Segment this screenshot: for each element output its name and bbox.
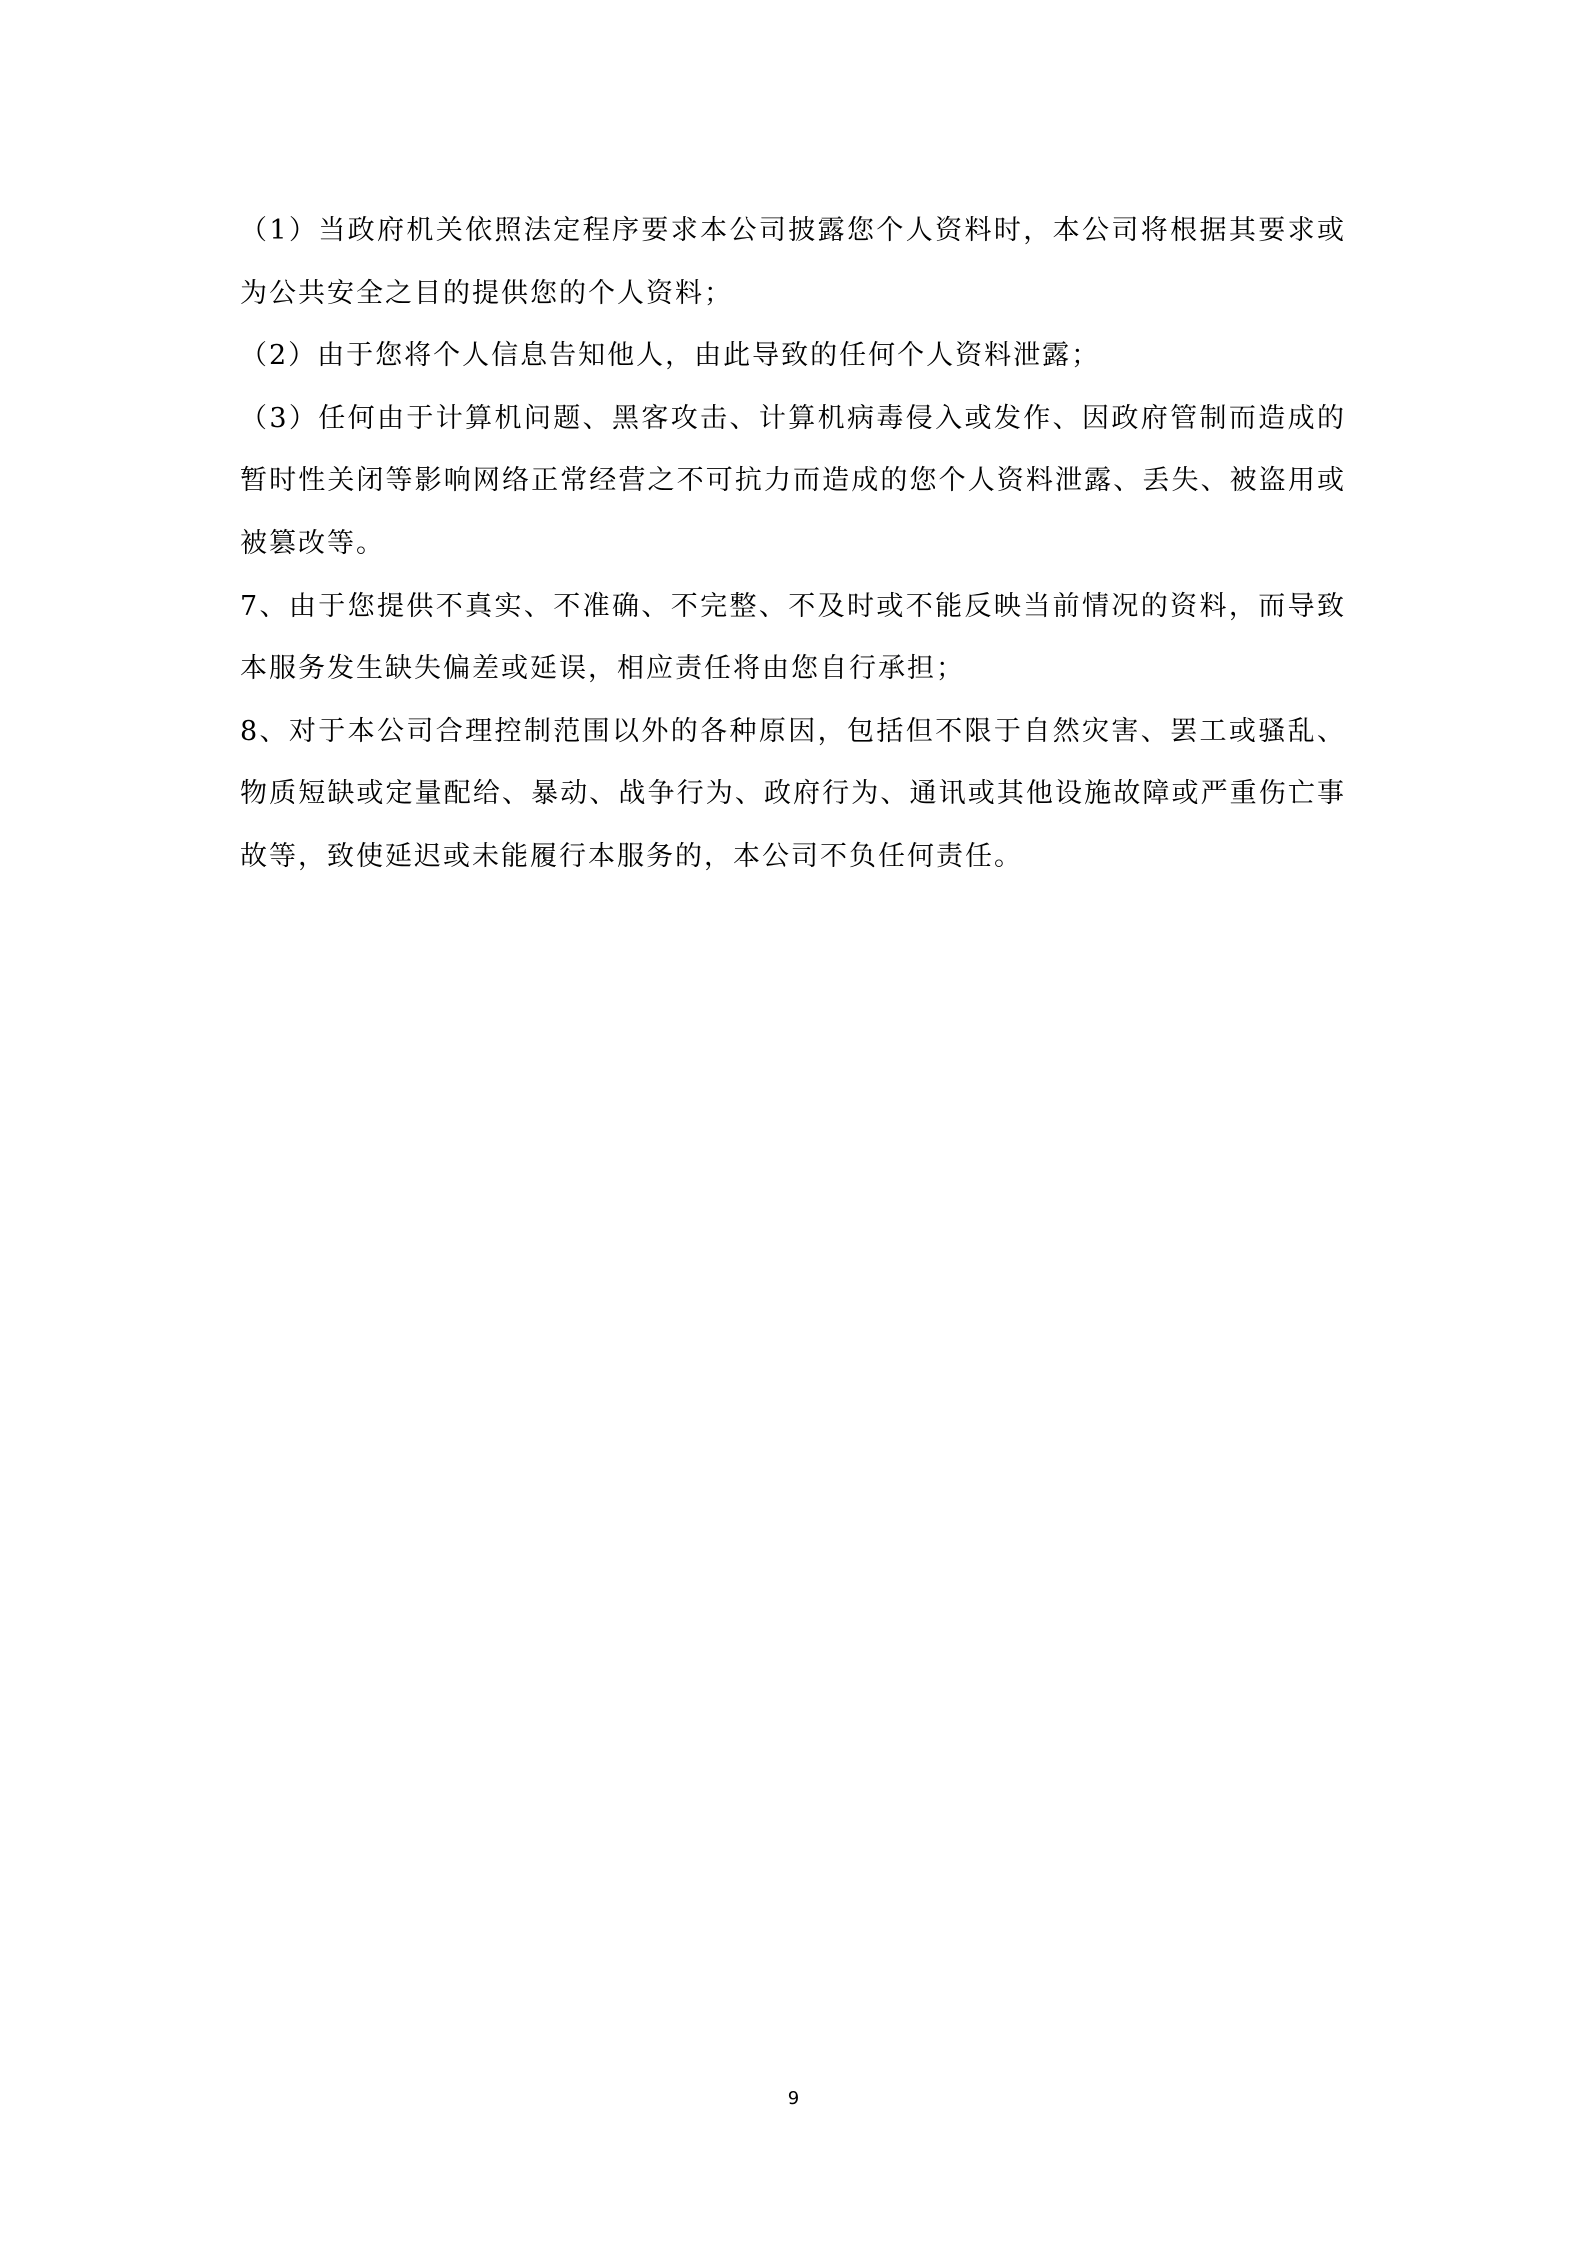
document-body: （1）当政府机关依照法定程序要求本公司披露您个人资料时，本公司将根据其要求或为公…	[240, 200, 1346, 889]
page-number: 9	[0, 2088, 1587, 2109]
document-page: （1）当政府机关依照法定程序要求本公司披露您个人资料时，本公司将根据其要求或为公…	[0, 0, 1587, 2245]
clause-1-paragraph: （1）当政府机关依照法定程序要求本公司披露您个人资料时，本公司将根据其要求或为公…	[240, 200, 1346, 325]
clause-2-paragraph: （2）由于您将个人信息告知他人，由此导致的任何个人资料泄露；	[240, 325, 1346, 388]
item-8-paragraph: 8、对于本公司合理控制范围以外的各种原因，包括但不限于自然灾害、罢工或骚乱、物质…	[240, 701, 1346, 889]
clause-3-paragraph: （3）任何由于计算机问题、黑客攻击、计算机病毒侵入或发作、因政府管制而造成的暂时…	[240, 388, 1346, 576]
item-7-paragraph: 7、由于您提供不真实、不准确、不完整、不及时或不能反映当前情况的资料，而导致本服…	[240, 576, 1346, 701]
